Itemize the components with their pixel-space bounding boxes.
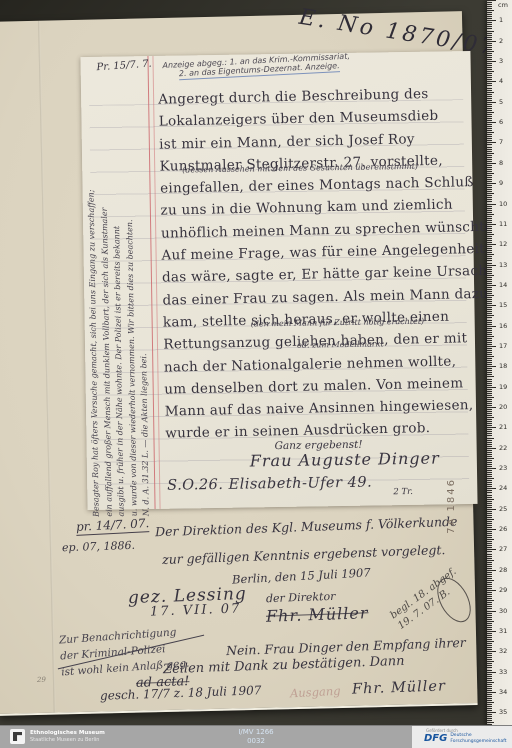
ruler-tick	[487, 55, 492, 56]
ruler-number: 12	[499, 240, 507, 248]
ruler-tick	[487, 511, 492, 512]
ruler-tick	[487, 566, 492, 567]
ruler-tick	[487, 541, 492, 542]
ruler-tick	[487, 124, 492, 125]
ruler-tick	[487, 692, 496, 693]
ruler-tick	[487, 680, 492, 681]
ruler-tick	[487, 8, 492, 9]
ruler-number: 35	[499, 708, 507, 716]
ruler-tick	[487, 425, 492, 426]
ruler-tick	[487, 226, 492, 227]
ruler-tick	[487, 649, 492, 650]
ruler-tick	[487, 670, 492, 671]
ruler-tick	[487, 606, 492, 607]
ruler-number: 22	[499, 444, 507, 452]
ruler-tick	[487, 187, 492, 188]
ruler-tick	[487, 83, 492, 84]
ruler-tick	[487, 326, 496, 327]
page-number-pencil: 29	[37, 677, 46, 685]
ruler-tick	[487, 531, 492, 532]
ruler-tick	[487, 165, 492, 166]
ruler-tick	[487, 248, 492, 249]
ruler-tick	[487, 651, 496, 652]
ruler-tick	[487, 161, 492, 162]
ruler-tick	[487, 490, 492, 491]
ruler-tick	[487, 393, 492, 394]
ruler-tick	[487, 177, 492, 178]
ruler-tick	[487, 564, 492, 565]
ruler-tick	[487, 149, 492, 150]
ruler-number: 26	[499, 525, 507, 533]
dfg-name: Deutsche Forschungsgemeinschaft	[450, 733, 506, 744]
ruler-tick	[487, 558, 492, 559]
ruler-tick	[487, 596, 492, 597]
ruler-tick	[487, 94, 492, 95]
ruler-tick	[487, 0, 496, 1]
ruler-tick	[487, 682, 494, 683]
ruler-tick	[487, 588, 492, 589]
ruler-tick	[487, 429, 492, 430]
ruler-tick	[487, 140, 492, 141]
letter-address: S.O.26. Elisabeth-Ufer 49.	[167, 476, 372, 494]
ruler-tick	[487, 132, 494, 133]
ruler-tick	[487, 24, 492, 25]
ruler-tick	[487, 712, 496, 713]
ruler-tick	[487, 77, 492, 78]
ruler-tick	[487, 134, 492, 135]
ruler-tick	[487, 175, 492, 176]
ruler-tick	[487, 12, 492, 13]
ruler-tick	[487, 305, 496, 306]
ruler-tick	[487, 492, 492, 493]
ruler-tick	[487, 92, 494, 93]
ruler-tick	[487, 582, 492, 583]
ruler-tick	[487, 415, 492, 416]
ruler-tick	[487, 53, 492, 54]
ruler-tick	[487, 714, 492, 715]
ruler-tick	[487, 106, 492, 107]
cm-ruler: cm 1234567891011121314151617181920212223…	[487, 0, 512, 726]
ruler-tick	[487, 120, 492, 121]
ruler-number: 27	[499, 545, 507, 553]
ruler-tick	[487, 395, 492, 396]
ruler-tick	[487, 517, 492, 518]
ruler-tick	[487, 702, 494, 703]
ruler-tick	[487, 287, 492, 288]
ruler-tick	[487, 88, 492, 89]
ruler-tick	[487, 547, 492, 548]
ruler-tick	[487, 61, 496, 62]
ruler-tick	[487, 246, 492, 247]
ruler-tick	[487, 488, 496, 489]
ruler-tick	[487, 128, 492, 129]
ruler-tick	[487, 495, 492, 496]
ruler-number: 3	[499, 57, 503, 65]
ruler-tick	[487, 147, 492, 148]
ruler-tick	[487, 370, 492, 371]
ruler-tick	[487, 354, 492, 355]
letter-body: Angeregt durch die Beschreibung desLokal…	[158, 82, 471, 445]
ruler-number: 1	[499, 16, 503, 24]
ruler-tick	[487, 560, 494, 561]
ruler-tick	[487, 539, 494, 540]
ruler-tick	[487, 130, 492, 131]
ruler-tick	[487, 381, 492, 382]
praesentatum-note: Pr. 15/7. 7.	[96, 60, 152, 74]
ruler-number: 7	[499, 138, 503, 146]
ruler-tick	[487, 230, 492, 231]
ruler-tick	[487, 366, 496, 367]
ruler-tick	[487, 206, 492, 207]
ruler-tick	[487, 446, 492, 447]
ruler-number: 18	[499, 362, 507, 370]
ruler-tick	[487, 199, 492, 200]
ruler-tick	[487, 73, 492, 74]
ruler-tick	[487, 35, 492, 36]
ruler-tick	[487, 193, 494, 194]
ruler-number: 28	[499, 566, 507, 574]
ruler-tick	[487, 580, 494, 581]
ruler-tick	[487, 289, 492, 290]
digitization-footer-bar: Ethnologisches Museum Staatliche Museen …	[0, 725, 512, 748]
ruler-tick	[487, 155, 492, 156]
ruler-tick	[487, 265, 496, 266]
ruler-tick	[487, 311, 492, 312]
ruler-tick	[487, 389, 492, 390]
ruler-tick	[487, 633, 492, 634]
ruler-tick	[487, 667, 492, 668]
ruler-number: 17	[499, 342, 507, 350]
ruler-tick	[487, 167, 492, 168]
ruler-tick	[487, 254, 494, 255]
ruler-tick	[487, 399, 492, 400]
ruler-tick	[487, 57, 492, 58]
ruler-tick	[487, 338, 492, 339]
ruler-tick	[487, 411, 492, 412]
ruler-tick	[487, 523, 492, 524]
ruler-tick	[487, 218, 492, 219]
ruler-tick	[487, 110, 492, 111]
ruler-tick	[487, 267, 492, 268]
ruler-tick	[487, 720, 492, 721]
ruler-tick	[487, 301, 492, 302]
ruler-tick	[487, 501, 492, 502]
ruler-tick	[487, 163, 496, 164]
ruler-tick	[487, 472, 492, 473]
ruler-tick	[487, 460, 492, 461]
ruler-tick	[487, 260, 492, 261]
ruler-number: 34	[499, 688, 507, 696]
ruler-tick	[487, 364, 492, 365]
ruler-tick	[487, 556, 492, 557]
ruler-tick	[487, 69, 492, 70]
ruler-tick	[487, 348, 492, 349]
side-archive-stamp: 7A 1846	[447, 478, 458, 534]
ruler-tick	[487, 474, 492, 475]
ruler-tick	[487, 26, 492, 27]
ruler-tick	[487, 352, 492, 353]
ruler-tick	[487, 342, 492, 343]
ruler-tick	[487, 578, 492, 579]
ruler-tick	[487, 356, 494, 357]
ruler-tick	[487, 31, 494, 32]
ruler-tick	[487, 678, 492, 679]
ruler-tick	[487, 45, 492, 46]
ruler-tick	[487, 454, 492, 455]
ruler-tick	[487, 228, 492, 229]
ruler-tick	[487, 309, 492, 310]
ruler-tick	[487, 417, 494, 418]
interline-note-3: od. zum Modellmarkt	[297, 340, 384, 350]
ruler-tick	[487, 484, 492, 485]
ruler-tick	[487, 322, 492, 323]
ruler-tick	[487, 189, 492, 190]
ruler-tick	[487, 238, 492, 239]
ruler-number: 25	[499, 505, 507, 513]
ruler-tick	[487, 655, 492, 656]
ruler-number: 9	[499, 179, 503, 187]
ruler-tick	[487, 643, 492, 644]
ruler-tick	[487, 4, 492, 5]
ruler-tick	[487, 529, 496, 530]
ruler-tick	[487, 6, 492, 7]
ruler-tick	[487, 554, 492, 555]
ruler-tick	[487, 299, 492, 300]
ruler-tick	[487, 647, 492, 648]
ruler-tick	[487, 252, 492, 253]
ruler-tick	[487, 519, 494, 520]
ruler-tick	[487, 641, 494, 642]
ruler-tick	[487, 244, 496, 245]
ruler-tick	[487, 468, 496, 469]
ruler-tick	[487, 602, 492, 603]
ruler-tick	[487, 653, 492, 654]
ruler-tick	[487, 271, 492, 272]
ruler-tick	[487, 98, 492, 99]
ruler-tick	[487, 85, 492, 86]
ruler-tick	[487, 423, 492, 424]
ruler-tick	[487, 273, 492, 274]
ruler-tick	[487, 197, 492, 198]
ruler-tick	[487, 684, 492, 685]
ruler-tick	[487, 368, 492, 369]
ruler-tick	[487, 224, 496, 225]
ruler-tick	[487, 201, 492, 202]
ruler-tick	[487, 10, 494, 11]
ruler-tick	[487, 269, 492, 270]
ruler-tick	[487, 448, 496, 449]
ruler-tick	[487, 584, 492, 585]
ruler-tick	[487, 320, 492, 321]
ruler-tick	[487, 387, 496, 388]
ruler-tick	[487, 360, 492, 361]
ruler-tick	[487, 600, 494, 601]
ruler-tick	[487, 722, 494, 723]
ruler-tick	[487, 383, 492, 384]
ruler-tick	[487, 551, 492, 552]
ruler-tick	[487, 114, 492, 115]
ruler-number: 4	[499, 77, 503, 85]
ruler-tick	[487, 236, 492, 237]
ruler-tick	[487, 611, 496, 612]
ruler-tick	[487, 631, 496, 632]
ruler-number: 10	[499, 200, 507, 208]
ruler-tick	[487, 183, 496, 184]
ruler-tick	[487, 153, 494, 154]
ruler-tick	[487, 690, 492, 691]
ruler-tick	[487, 497, 492, 498]
ruler-tick	[487, 303, 492, 304]
ruler-tick	[487, 594, 492, 595]
ruler-tick	[487, 283, 492, 284]
ruler-tick	[487, 470, 492, 471]
ruler-tick	[487, 81, 496, 82]
ruler-tick	[487, 330, 492, 331]
ruler-tick	[487, 39, 492, 40]
ruler-tick	[487, 686, 492, 687]
ruler-tick	[487, 126, 492, 127]
ruler-tick	[487, 104, 492, 105]
ruler-tick	[487, 663, 492, 664]
ruler-tick	[487, 466, 492, 467]
ruler-tick	[487, 409, 492, 410]
ruler-tick	[487, 138, 492, 139]
ruler-tick	[487, 159, 492, 160]
ruler-tick	[487, 438, 494, 439]
ruler-number: 21	[499, 423, 507, 431]
ruler-tick	[487, 637, 492, 638]
ruler-tick	[487, 210, 492, 211]
ruler-tick	[487, 222, 492, 223]
ruler-number: 16	[499, 322, 507, 330]
ruler-tick	[487, 661, 494, 662]
ruler-number: 19	[499, 383, 507, 391]
ruler-unit-label: cm	[498, 1, 508, 9]
ruler-tick	[487, 20, 496, 21]
ruler-tick	[487, 645, 492, 646]
ruler-tick	[487, 22, 492, 23]
dfg-logo-panel: Gefördert durch DFG Deutsche Forschungsg…	[412, 726, 512, 748]
ruler-tick	[487, 407, 496, 408]
ruler-tick	[487, 279, 492, 280]
ruler-tick	[487, 372, 492, 373]
ruler-tick	[487, 240, 492, 241]
ruler-tick	[487, 623, 492, 624]
ruler-tick	[487, 33, 492, 34]
ruler-tick	[487, 295, 494, 296]
ruler-tick	[487, 63, 492, 64]
ruler-tick	[487, 144, 492, 145]
ruler-tick	[487, 116, 492, 117]
ruler-number: 31	[499, 627, 507, 635]
ruler-tick	[487, 403, 492, 404]
ruler-number: 14	[499, 281, 507, 289]
ruler-tick	[487, 444, 492, 445]
ausgang-stamp: Ausgang	[290, 685, 341, 700]
ruler-tick	[487, 59, 492, 60]
document-scan-viewer: 29 E. No 1870/07. Pr. 15/7. 7. Anzeige a…	[0, 0, 512, 748]
ruler-tick	[487, 28, 492, 29]
ruler-tick	[487, 431, 492, 432]
ruler-tick	[487, 440, 492, 441]
ruler-tick	[487, 629, 492, 630]
ruler-tick	[487, 537, 492, 538]
ruler-tick	[487, 568, 492, 569]
ruler-tick	[487, 535, 492, 536]
ruler-tick	[487, 718, 492, 719]
ruler-tick	[487, 604, 492, 605]
ruler-tick	[487, 181, 492, 182]
ruler-tick	[487, 47, 492, 48]
ruler-tick	[487, 570, 496, 571]
ruler-tick	[487, 75, 492, 76]
ruler-tick	[487, 499, 494, 500]
ruler-tick	[487, 307, 492, 308]
ruler-tick	[487, 608, 492, 609]
ruler-tick	[487, 665, 492, 666]
date-short-note: 17. VII. 07	[150, 602, 242, 619]
ruler-tick	[487, 71, 494, 72]
ruler-tick	[487, 122, 496, 123]
ruler-tick	[487, 340, 492, 341]
ruler-tick	[487, 586, 492, 587]
ruler-tick	[487, 293, 492, 294]
ruler-tick	[487, 136, 492, 137]
ruler-tick	[487, 67, 492, 68]
ruler-tick	[487, 674, 492, 675]
ruler-number: 32	[499, 647, 507, 655]
ruler-tick	[487, 100, 492, 101]
ruler-tick	[487, 185, 492, 186]
ruler-tick	[487, 317, 492, 318]
letter-address-suffix: 2 Tr.	[393, 488, 413, 497]
ruler-tick	[487, 590, 496, 591]
director-note: der Direktor	[266, 591, 336, 605]
ruler-tick	[487, 18, 492, 19]
ruler-tick	[487, 478, 494, 479]
ruler-tick	[487, 328, 492, 329]
ruler-tick	[487, 698, 492, 699]
ruler-tick	[487, 14, 492, 15]
ruler-number: 33	[499, 668, 507, 676]
ruler-tick	[487, 112, 494, 113]
ruler-tick	[487, 621, 494, 622]
ruler-tick	[487, 427, 496, 428]
ruler-tick	[487, 142, 496, 143]
ruler-tick	[487, 625, 492, 626]
ruler-tick	[487, 450, 492, 451]
ruler-tick	[487, 419, 492, 420]
ruler-tick	[487, 676, 492, 677]
ruler-tick	[487, 275, 494, 276]
ruler-tick	[487, 476, 492, 477]
ruler-tick	[487, 332, 492, 333]
ruler-tick	[487, 51, 494, 52]
ruler-number: 8	[499, 159, 503, 167]
ruler-tick	[487, 297, 492, 298]
ruler-tick	[487, 659, 492, 660]
ruler-tick	[487, 234, 494, 235]
ruler-tick	[487, 513, 492, 514]
ruler-tick	[487, 615, 492, 616]
ruler-tick	[487, 256, 492, 257]
ruler-tick	[487, 442, 492, 443]
ruler-tick	[487, 433, 492, 434]
ruler-tick	[487, 397, 494, 398]
ruler-tick	[487, 480, 492, 481]
ruler-tick	[487, 505, 492, 506]
ruler-tick	[487, 509, 496, 510]
